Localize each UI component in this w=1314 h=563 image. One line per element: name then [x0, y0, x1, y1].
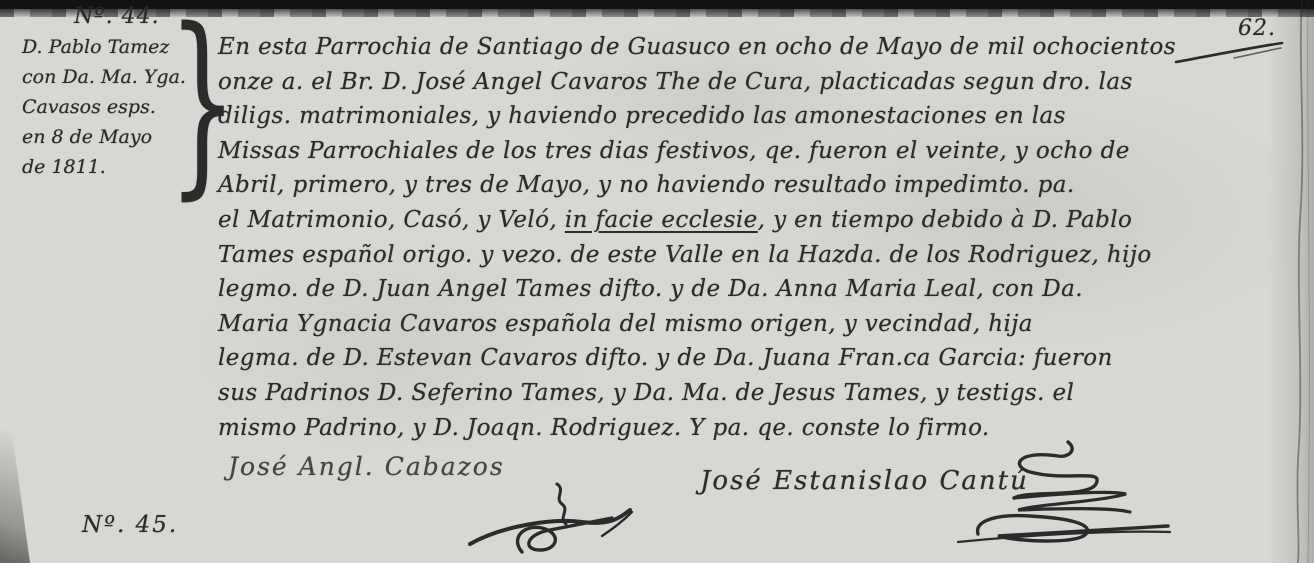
- signature-rubric-cabazos: [462, 478, 637, 560]
- record-line: onze a. el Br. D. José Angel Cavaros The…: [218, 65, 1303, 100]
- entry-number: Nº. 44.: [74, 4, 160, 29]
- record-line: Maria Ygnacia Cavaros española del mismo…: [218, 307, 1303, 342]
- margin-note: D. Pablo Tamez con Da. Ma. Yga. Cavasos …: [22, 32, 184, 182]
- record-line: legmo. de D. Juan Angel Tames difto. y d…: [218, 272, 1303, 307]
- scan-corner-shadow: [0, 403, 30, 563]
- record-line: legma. de D. Estevan Cavaros difto. y de…: [218, 341, 1303, 376]
- page-crease-right: [1288, 0, 1314, 563]
- margin-note-line: D. Pablo Tamez: [22, 32, 184, 62]
- signature-rubric-cantu: [918, 438, 1178, 558]
- record-line: Missas Parrochiales de los tres dias fes…: [218, 134, 1303, 169]
- manuscript-page: 62. Nº. 44. D. Pablo Tamez con Da. Ma. Y…: [0, 0, 1314, 563]
- record-text: En esta Parrochia de Santiago de Guasuco…: [218, 30, 1303, 445]
- next-entry-number: Nº. 45.: [82, 512, 178, 538]
- record-line: Abril, primero, y tres de Mayo, y no hav…: [218, 168, 1303, 203]
- record-line: el Matrimonio, Casó, y Veló, in facie ec…: [218, 203, 1303, 238]
- margin-note-line: Cavasos esps.: [22, 92, 184, 122]
- latin-phrase-underlined: in facie ecclesie: [565, 207, 758, 233]
- record-line: Tames español origo. y vezo. de este Val…: [218, 238, 1303, 273]
- record-line: sus Padrinos D. Seferino Tames, y Da. Ma…: [218, 376, 1303, 411]
- record-line: diligs. matrimoniales, y haviendo preced…: [218, 99, 1303, 134]
- signature-cabazos: José Angl. Cabazos: [228, 452, 505, 481]
- record-line-segment: , y en tiempo debido à D. Pablo: [758, 207, 1133, 233]
- record-line: En esta Parrochia de Santiago de Guasuco…: [218, 30, 1303, 65]
- margin-note-line: en 8 de Mayo: [22, 122, 184, 152]
- record-line-segment: el Matrimonio, Casó, y Veló,: [218, 207, 565, 233]
- margin-note-line: de 1811.: [22, 152, 184, 182]
- margin-note-line: con Da. Ma. Yga.: [22, 62, 184, 92]
